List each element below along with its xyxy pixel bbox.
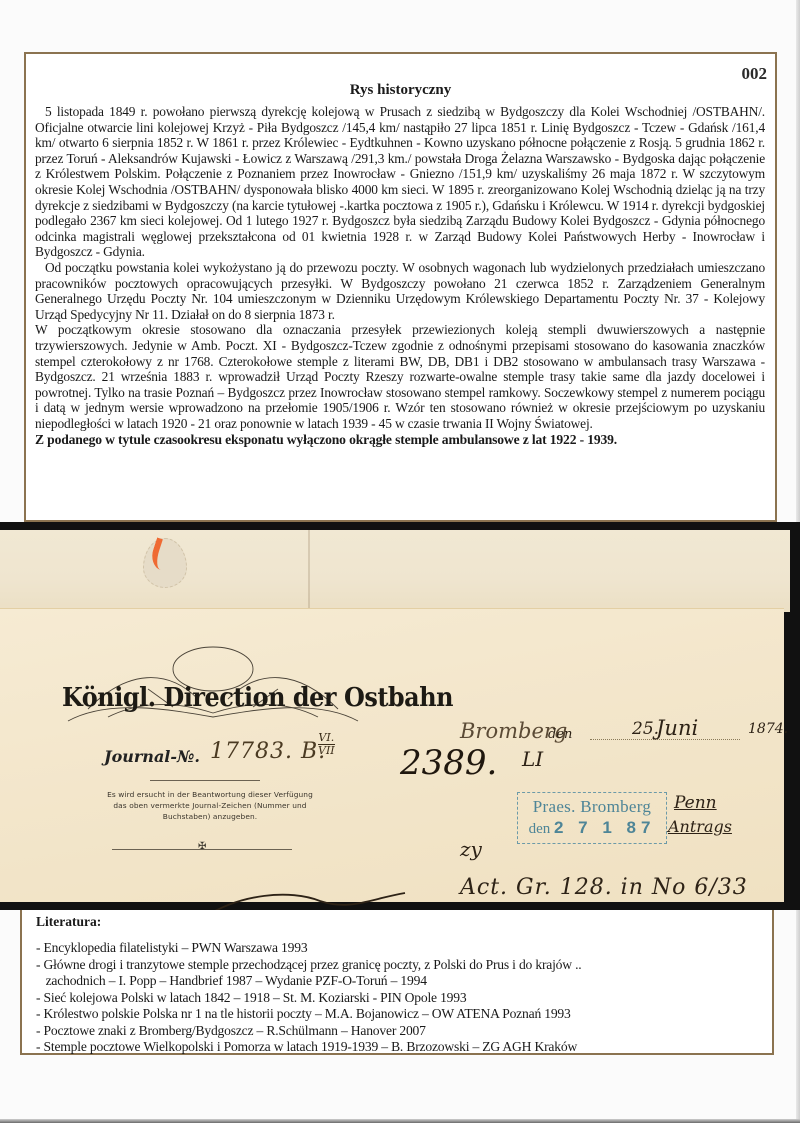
letterhead-title: Königl. Direction der Ostbahn — [62, 683, 453, 713]
handwritten-reference-sub: LI — [522, 747, 543, 771]
history-paragraph-2: Od początku powstania kolei wykożystano … — [35, 260, 765, 322]
handwritten-year: 1874. — [748, 721, 788, 737]
handwritten-act-line: Act. Gr. 128. in No 6/33 — [460, 875, 748, 900]
letter-document: Königl. Direction der Ostbahn Journal-№.… — [0, 608, 784, 902]
journal-instruction-text: Es wird ersucht in der Beantwortung dies… — [100, 789, 320, 822]
page-number: 002 — [742, 64, 768, 84]
handwritten-note-2: Antrags — [668, 817, 732, 836]
stamp-prefix: den — [529, 821, 551, 837]
handwritten-note-1: Penn — [674, 793, 717, 813]
fold-line — [308, 530, 310, 612]
history-closing-note: Z podanego w tytule czasookresu eksponat… — [35, 432, 765, 448]
ornamental-divider — [150, 780, 260, 781]
praes-bromberg-stamp: Praes. Bromberg den 2 7 1 87 — [517, 792, 667, 844]
handwritten-den: den — [548, 727, 572, 742]
literature-item: zachodnich – I. Popp – Handbrief 1987 – … — [36, 973, 582, 990]
handwritten-mark-1: zy — [460, 837, 482, 861]
literature-item: - Królestwo polskie Polska nr 1 na tle h… — [36, 1006, 582, 1023]
stamp-line-2: den 2 7 1 87 — [518, 818, 666, 839]
envelope-exhibit: Königl. Direction der Ostbahn Journal-№.… — [0, 522, 800, 910]
handwritten-day: 25. — [632, 719, 659, 739]
literature-title: Literatura: — [36, 914, 101, 930]
envelope-back-cover — [0, 530, 790, 612]
history-frame: 002 Rys historyczny 5 listopada 1849 r. … — [24, 52, 777, 522]
history-body: 5 listopada 1849 r. powołano pierwszą dy… — [35, 104, 765, 448]
literature-item: - Encyklopedia filatelistyki – PWN Warsz… — [36, 940, 582, 957]
history-paragraph-3: W początkowym okresie stosowano dla ozna… — [35, 322, 765, 431]
journal-number: 17783. B. — [210, 739, 326, 764]
history-title: Rys historyczny — [26, 82, 775, 99]
literature-item: - Stemple pocztowe Wielkopolski i Pomorz… — [36, 1039, 582, 1056]
history-paragraph-1: 5 listopada 1849 r. powołano pierwszą dy… — [35, 104, 765, 260]
journal-fraction-bottom: VII — [318, 744, 335, 757]
literature-item: - Pocztowe znaki z Bromberg/Bydgoszcz – … — [36, 1023, 582, 1040]
literature-list: - Encyklopedia filatelistyki – PWN Warsz… — [36, 940, 582, 1056]
stamp-date: 2 7 1 87 — [554, 818, 655, 837]
handwritten-month: Juni — [656, 716, 698, 740]
page-bottom-edge — [0, 1119, 800, 1123]
literature-frame: Literatura: - Encyklopedia filatelistyki… — [20, 910, 774, 1055]
literature-item: - Sieć kolejowa Polski w latach 1842 – 1… — [36, 990, 582, 1007]
literature-item: - Główne drogi i tranzytowe stemple prze… — [36, 957, 582, 974]
journal-label: Journal-№. — [104, 747, 200, 766]
handwritten-reference: 2389. — [400, 743, 497, 783]
journal-fraction: VI. VII — [318, 732, 335, 757]
stamp-line-1: Praes. Bromberg — [518, 796, 666, 818]
eagle-emblem-icon: ✠ — [198, 841, 206, 852]
